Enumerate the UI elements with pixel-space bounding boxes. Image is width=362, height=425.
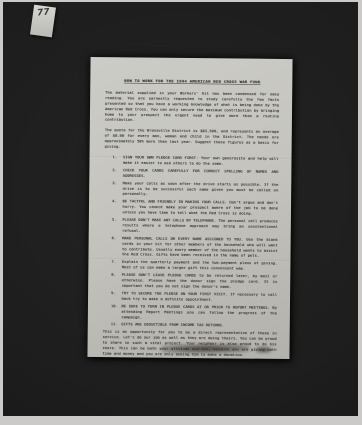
list-item: 8. PLEASE DON'T LEAVE PLEDGE CARDS to be…	[111, 272, 277, 290]
intro-paragraph-2: The quota for the Bronxville District is…	[105, 128, 279, 152]
corner-label-slip: 77	[30, 5, 56, 38]
list-item: 4. BE TACTFUL AND FRIENDLY IN MAKING YOU…	[112, 199, 278, 217]
item-number: 6.	[111, 236, 122, 258]
list-item: 5. PLEASE DON'T MAKE ANY CALLS BY TELEPH…	[112, 217, 278, 235]
list-item: 1. SIGN YOUR OWN PLEDGE CARD FIRST. Your…	[112, 155, 278, 168]
item-text: TRY TO SECURE THE PLEDGE ON YOUR FIRST V…	[122, 291, 278, 304]
item-number: 3.	[112, 180, 123, 196]
instruction-list: 1. SIGN YOUR OWN PLEDGE CARD FIRST. Your…	[103, 155, 279, 330]
item-text: BE TACTFUL AND FRIENDLY IN MAKING YOUR C…	[122, 199, 278, 217]
item-text: GIFTS ARE DEDUCTIBLE FROM INCOME TAX RET…	[121, 322, 277, 329]
item-number: 9.	[111, 291, 122, 302]
item-number: 1.	[112, 155, 123, 166]
smudge-mark	[255, 347, 271, 353]
item-text: CHECK YOUR CARDS CAREFULLY FOR CORRECT S…	[123, 168, 279, 181]
item-number: 11.	[111, 322, 122, 328]
item-text: Explain the quarterly payment and the tw…	[122, 259, 278, 272]
document-paper: HOW TO WORK FOR THE 1944 AMERICAN RED CR…	[87, 57, 292, 359]
item-text: BE SURE TO TURN IN PLEDGE CARDS AT OR PR…	[121, 304, 277, 322]
item-text: PLEASE DON'T MAKE ANY CALLS BY TELEPHONE…	[122, 217, 278, 235]
list-item: 7. Explain the quarterly payment and the…	[111, 259, 277, 272]
list-item: 3. Make your calls as soon after the dri…	[112, 180, 278, 198]
list-item: 6. MAKE PERSONAL CALLS ON EVERY NAME ASS…	[111, 236, 277, 260]
list-item: 11. GIFTS ARE DEDUCTIBLE FROM INCOME TAX…	[111, 322, 277, 329]
item-text: SIGN YOUR OWN PLEDGE CARD FIRST. Your ow…	[123, 155, 279, 168]
photo-background: 77 HOW TO WORK FOR THE 1944 AMERICAN RED…	[3, 2, 358, 416]
list-item: 10. BE SURE TO TURN IN PLEDGE CARDS AT O…	[111, 304, 277, 322]
item-number: 4.	[112, 199, 123, 215]
list-item: 2. CHECK YOUR CARDS CAREFULLY FOR CORREC…	[112, 168, 278, 181]
document-title: HOW TO WORK FOR THE 1944 AMERICAN RED CR…	[105, 78, 279, 85]
corner-label-text: 77	[37, 7, 51, 18]
document-content: HOW TO WORK FOR THE 1944 AMERICAN RED CR…	[87, 57, 292, 359]
item-number: 5.	[112, 217, 123, 233]
item-number: 10.	[111, 304, 122, 320]
item-number: 7.	[111, 259, 122, 270]
intro-paragraph-1: The material supplied in your Workers' K…	[105, 90, 279, 125]
item-number: 8.	[111, 272, 122, 288]
item-text: PLEASE DON'T LEAVE PLEDGE CARDS to be re…	[122, 272, 278, 290]
item-text: Make your calls as soon after the drive …	[123, 181, 279, 199]
smudge-mark	[161, 344, 249, 354]
item-text: MAKE PERSONAL CALLS ON EVERY NAME ASSIGN…	[122, 236, 278, 259]
item-number: 2.	[112, 168, 123, 179]
list-item: 9. TRY TO SECURE THE PLEDGE ON YOUR FIRS…	[111, 291, 277, 304]
